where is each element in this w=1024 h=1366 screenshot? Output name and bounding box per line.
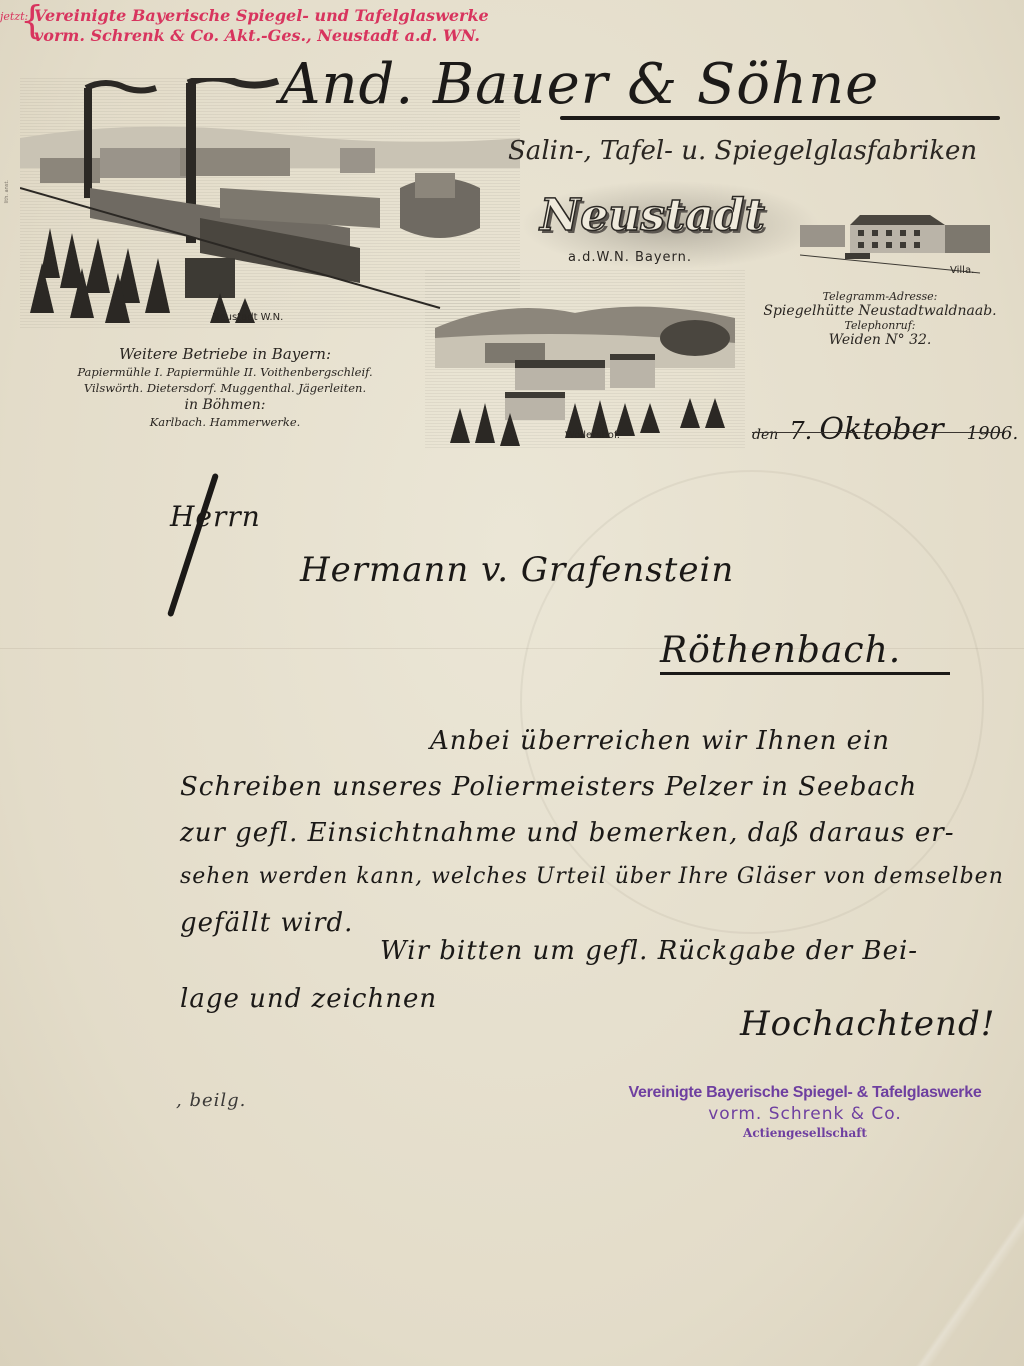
date-rule — [752, 432, 1002, 433]
enclosure-note: , beilg. — [176, 1090, 246, 1111]
bohemia-heading: in Böhmen: — [30, 397, 420, 413]
date-year: 1906. — [967, 423, 1019, 444]
other-works-line: Papiermühle I. Papiermühle II. Voithenbe… — [30, 365, 420, 379]
body-line: Wir bitten um gefl. Rückgabe der Bei- — [380, 936, 918, 966]
company-stamp: Vereinigte Bayerische Spiegel- & Tafelgl… — [600, 1084, 1010, 1140]
red-overprint: jetzt: { Vereinigte Bayerische Spiegel- … — [0, 4, 540, 46]
salutation: Herrn — [170, 500, 261, 533]
other-works-heading: Weitere Betriebe in Bayern: — [30, 345, 420, 363]
stamp-line-3: Actiengesellschaft — [600, 1126, 1010, 1140]
letter-date: den 7. Oktober 1906. — [752, 412, 1018, 447]
caption-villa: Villa. — [950, 265, 974, 276]
overprint-line-2: vorm. Schrenk & Co. Akt.-Ges., Neustadt … — [34, 26, 480, 45]
corner-crease — [904, 1150, 1024, 1366]
caption-neustadt: Neustadt W.N. — [212, 312, 283, 323]
body-line: lage und zeichnen — [180, 984, 437, 1014]
city-name: Neustadt — [540, 190, 765, 241]
overprint-line-1: Vereinigte Bayerische Spiegel- und Tafel… — [34, 6, 489, 25]
date-prefix: den — [752, 427, 778, 443]
villa-engraving: Villa. — [800, 195, 1005, 280]
body-line: gefällt wird. — [180, 908, 353, 938]
stamp-line-1: Vereinigte Bayerische Spiegel- & Tafelgl… — [600, 1084, 1010, 1102]
company-subtitle: Salin-, Tafel- u. Spiegelglasfabriken — [508, 136, 977, 166]
place-underline — [660, 672, 950, 675]
company-underline — [560, 116, 1000, 120]
body-line: Anbei überreichen wir Ihnen ein — [430, 726, 890, 756]
bohemia-line: Karlbach. Hammerwerke. — [30, 415, 420, 429]
recipient-place: Röthenbach. — [660, 630, 901, 671]
date-day: 7. — [789, 417, 812, 445]
company-name: And. Bauer & Söhne — [280, 52, 879, 117]
recipient-name: Hermann v. Grafenstein — [300, 550, 734, 590]
contact-block: Telegramm-Adresse: Spiegelhütte Neustadt… — [740, 290, 1020, 348]
body-line: Schreiben unseres Poliermeisters Pelzer … — [180, 772, 917, 802]
body-line: sehen werden kann, welches Urteil über I… — [180, 864, 1004, 889]
printer-credit: lith. anst. — [4, 180, 10, 203]
woellershof-engraving: Wöllershof. — [425, 268, 745, 448]
telephone-label: Telephonruf: — [740, 319, 1020, 332]
date-month: Oktober — [819, 412, 943, 447]
telegram-address: Spiegelhütte Neustadtwaldnaab. — [740, 303, 1020, 319]
other-works-list: Weitere Betriebe in Bayern: Papiermühle … — [30, 345, 420, 429]
stamp-line-2: vorm. Schrenk & Co. — [600, 1104, 1010, 1124]
city-region: a.d.W.N. Bayern. — [568, 250, 692, 265]
caption-woellershof: Wöllershof. — [565, 430, 620, 441]
body-line: zur gefl. Einsichtnahme und bemerken, da… — [180, 818, 955, 848]
closing: Hochachtend! — [740, 1004, 995, 1044]
telephone-number: Weiden N° 32. — [740, 332, 1020, 348]
other-works-line: Vilswörth. Dietersdorf. Muggenthal. Jäge… — [30, 381, 420, 395]
telegram-label: Telegramm-Adresse: — [740, 290, 1020, 303]
